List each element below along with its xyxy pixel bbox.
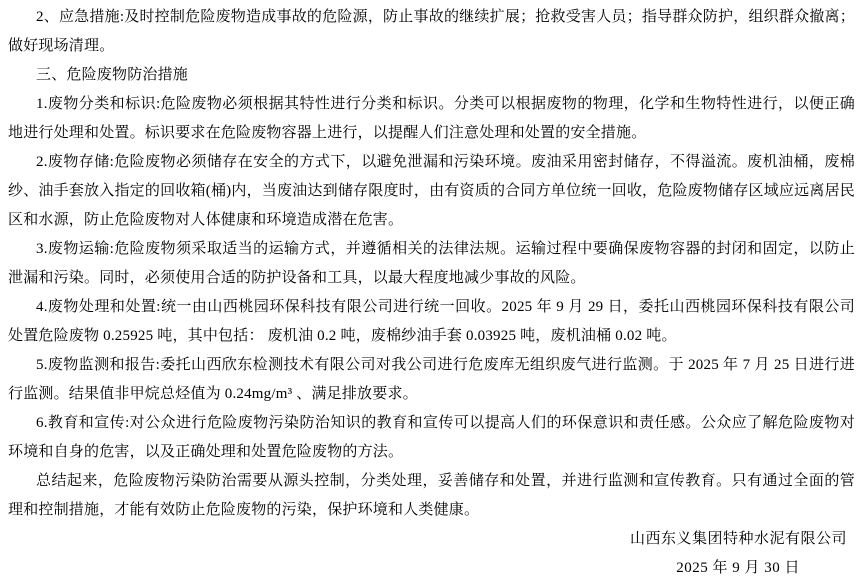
paragraph-waste-disposal: 4.废物处理和处置:统一由山西桃园环保科技有限公司进行统一回收。2025 年 9…	[8, 293, 855, 351]
signature-date: 2025 年 9 月 30 日	[8, 554, 855, 583]
section-heading-prevention-measures: 三、危险废物防治措施	[8, 61, 855, 90]
document-body: 2、应急措施:及时控制危险废物造成事故的危险源，防止事故的继续扩展；抢救受害人员…	[8, 3, 855, 583]
paragraph-waste-transport: 3.废物运输:危险废物须采取适当的运输方式，并遵循相关的法律法规。运输过程中要确…	[8, 235, 855, 293]
paragraph-education-publicity: 6.教育和宣传:对公众进行危险废物污染防治知识的教育和宣传可以提高人们的环保意识…	[8, 409, 855, 467]
signature-block: 山西东义集团特种水泥有限公司 2025 年 9 月 30 日	[8, 525, 855, 583]
paragraph-waste-storage: 2.废物存储:危险废物必须储存在安全的方式下，以避免泄漏和污染环境。废油采用密封…	[8, 148, 855, 235]
document-page: 2、应急措施:及时控制危险废物造成事故的危险源，防止事故的继续扩展；抢救受害人员…	[0, 0, 863, 584]
paragraph-summary: 总结起来，危险废物污染防治需要从源头控制，分类处理，妥善储存和处置，并进行监测和…	[8, 467, 855, 525]
paragraph-emergency-measures: 2、应急措施:及时控制危险废物造成事故的危险源，防止事故的继续扩展；抢救受害人员…	[8, 3, 855, 61]
paragraph-waste-monitoring: 5.废物监测和报告:委托山西欣东检测技术有限公司对我公司进行危废库无组织废气进行…	[8, 351, 855, 409]
paragraph-waste-classification: 1.废物分类和标识:危险废物必须根据其特性进行分类和标识。分类可以根据废物的物理…	[8, 90, 855, 148]
signature-company-name: 山西东义集团特种水泥有限公司	[8, 525, 855, 554]
